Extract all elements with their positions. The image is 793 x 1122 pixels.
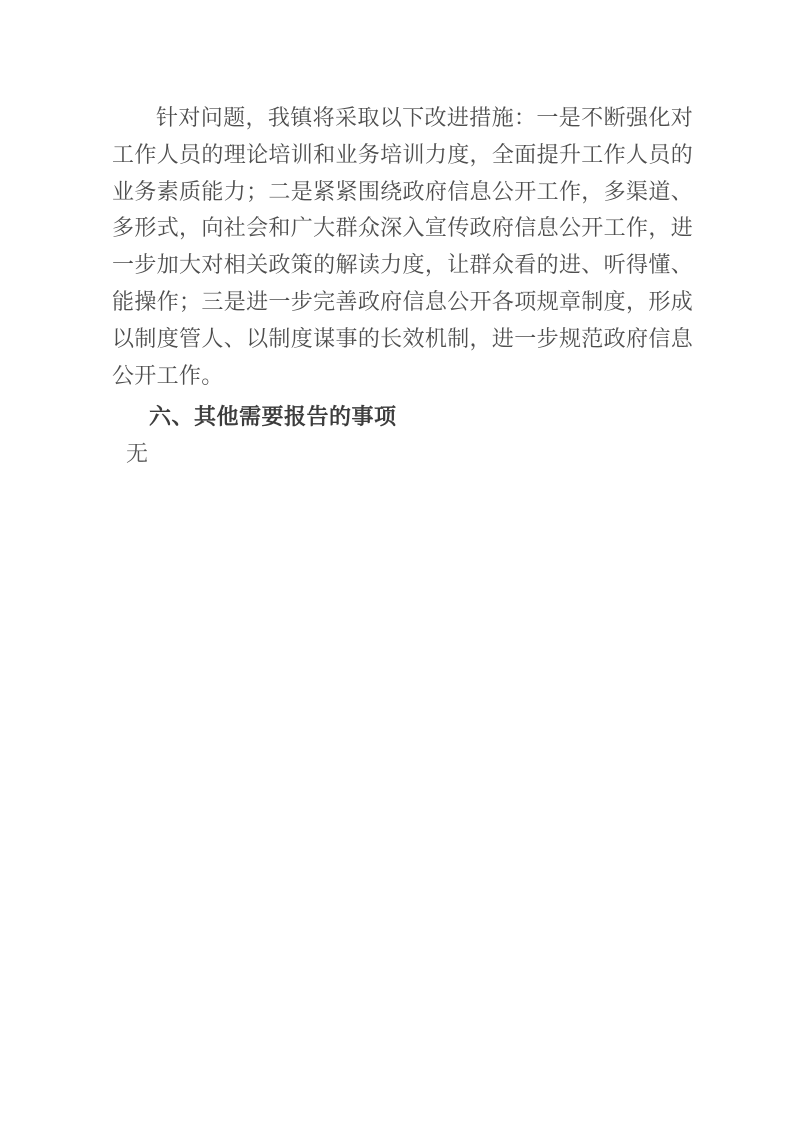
page-content: 针对问题，我镇将采取以下改进措施：一是不断强化对 工作人员的理论培训和业务培训力… bbox=[112, 100, 693, 473]
none-text: 无 bbox=[126, 436, 693, 473]
paragraph-line-1: 针对问题，我镇将采取以下改进措施：一是不断强化对 bbox=[112, 100, 693, 137]
paragraph-line-5: 一步加大对相关政策的解读力度，让群众看的进、听得懂、 bbox=[112, 247, 693, 284]
paragraph-line-4: 多形式，向社会和广大群众深入宣传政府信息公开工作，进 bbox=[112, 210, 693, 247]
paragraph-line-3: 业务素质能力；二是紧紧围绕政府信息公开工作，多渠道、 bbox=[112, 174, 693, 211]
paragraph-line-6: 能操作；三是进一步完善政府信息公开各项规章制度，形成 bbox=[112, 284, 693, 321]
paragraph-line-8: 公开工作。 bbox=[112, 358, 693, 395]
document-page: 针对问题，我镇将采取以下改进措施：一是不断强化对 工作人员的理论培训和业务培训力… bbox=[0, 0, 793, 1122]
paragraph-line-7: 以制度管人、以制度谋事的长效机制，进一步规范政府信息 bbox=[112, 321, 693, 358]
section-heading-other-items: 六、其他需要报告的事项 bbox=[149, 399, 693, 436]
paragraph-line-2: 工作人员的理论培训和业务培训力度，全面提升工作人员的 bbox=[112, 137, 693, 174]
